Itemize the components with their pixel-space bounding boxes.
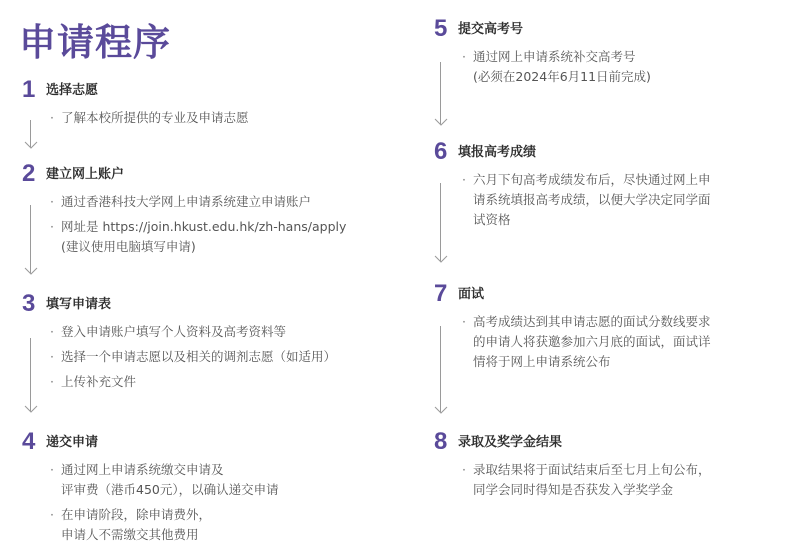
step-bullets: ·高考成绩达到其申请志愿的面试分数线要求的申请人将获邀参加六月底的面试，面试详情… [462, 312, 711, 377]
step-number: 4 [22, 430, 35, 454]
step-number: 6 [434, 140, 447, 164]
bullet-item: ·六月下旬高考成绩发布后，尽快通过网上申请系统填报高考成绩，以便大学决定同学面试… [462, 170, 711, 230]
step-heading: 面试 [458, 287, 484, 303]
down-arrow-icon [24, 120, 38, 148]
bullet-item: ·了解本校所提供的专业及申请志愿 [50, 108, 249, 128]
down-arrow-icon [434, 326, 448, 414]
down-arrow-icon [434, 183, 448, 263]
bullet-item: ·登入申请账户填写个人资料及高考资料等 [50, 322, 336, 342]
step-heading: 建立网上账户 [46, 167, 124, 183]
bullet-item: ·高考成绩达到其申请志愿的面试分数线要求的申请人将获邀参加六月底的面试，面试详情… [462, 312, 711, 372]
bullet-item: ·通过香港科技大学网上申请系统建立申请账户 [50, 192, 346, 212]
step-bullets: ·录取结果将于面试结束后至七月上旬公布，同学会同时得知是否获发入学奖学金 [462, 460, 711, 505]
bullet-item: ·上传补充文件 [50, 372, 336, 392]
step-bullets: ·了解本校所提供的专业及申请志愿 [50, 108, 249, 133]
step-heading: 提交高考号 [458, 22, 523, 38]
step-bullets: ·六月下旬高考成绩发布后，尽快通过网上申请系统填报高考成绩，以便大学决定同学面试… [462, 170, 711, 235]
bullet-item: ·通过网上申请系统补交高考号(必须在2024年6月11日前完成) [462, 47, 651, 87]
step-number: 5 [434, 17, 447, 41]
down-arrow-icon [434, 62, 448, 126]
step-heading: 选择志愿 [46, 83, 98, 99]
bullet-item: ·通过网上申请系统缴交申请及评审费（港币450元），以确认递交申请 [50, 460, 279, 500]
bullet-item: ·在申请阶段，除申请费外，申请人不需缴交其他费用 [50, 505, 279, 545]
step-bullets: ·登入申请账户填写个人资料及高考资料等 ·选择一个申请志愿以及相关的调剂志愿（如… [50, 322, 336, 397]
step-bullets: ·通过网上申请系统缴交申请及评审费（港币450元），以确认递交申请 ·在申请阶段… [50, 460, 279, 550]
step-heading: 填报高考成绩 [458, 145, 536, 161]
step-heading: 录取及奖学金结果 [458, 435, 562, 451]
step-bullets: ·通过香港科技大学网上申请系统建立申请账户 ·网址是 https://join.… [50, 192, 346, 262]
step-heading: 递交申请 [46, 435, 98, 451]
page-title: 申请程序 [19, 12, 171, 66]
step-heading: 填写申请表 [46, 297, 111, 313]
step-number: 3 [22, 292, 35, 316]
bullet-item: ·网址是 https://join.hkust.edu.hk/zh-hans/a… [50, 217, 346, 257]
bullet-item: ·选择一个申请志愿以及相关的调剂志愿（如适用） [50, 347, 336, 367]
step-number: 1 [22, 78, 35, 102]
step-number: 7 [434, 282, 447, 306]
bullet-item: ·录取结果将于面试结束后至七月上旬公布，同学会同时得知是否获发入学奖学金 [462, 460, 711, 500]
step-number: 8 [434, 430, 447, 454]
down-arrow-icon [24, 205, 38, 275]
step-bullets: ·通过网上申请系统补交高考号(必须在2024年6月11日前完成) [462, 47, 651, 92]
step-number: 2 [22, 162, 35, 186]
down-arrow-icon [24, 338, 38, 413]
